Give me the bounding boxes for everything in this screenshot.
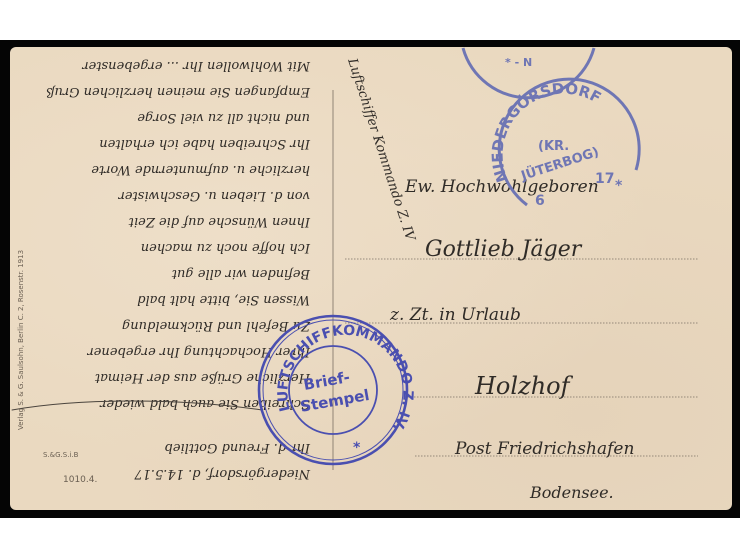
svg-text:Ihr d. Freund Gottlieb: Ihr d. Freund Gottlieb: [164, 440, 311, 455]
svg-text:Mit Wohlwollen Ihr ... ergeben: Mit Wohlwollen Ihr ... ergebenster: [82, 58, 311, 73]
printer-imprint: Verlag S. & G. Saulsohn, Berlin C. 2, Ro…: [17, 250, 25, 430]
vertical-note: Luftschiffer Kommando Z. IV: [344, 56, 418, 244]
svg-text:17: 17: [595, 171, 614, 187]
address-post: Post Friedrichshafen: [454, 439, 634, 459]
postcard-artwork: Verlag S. & G. Saulsohn, Berlin C. 2, Ro…: [0, 0, 740, 557]
svg-text:Zu Befehl und Rückmeldung: Zu Befehl und Rückmeldung: [122, 318, 311, 333]
card-number: 1010.4.: [63, 475, 97, 485]
svg-text:Ihr Schreiben habe ich erhalte: Ihr Schreiben habe ich erhalten: [99, 136, 311, 151]
address-place: Holzhof: [474, 372, 574, 400]
address-block: Ew. Hochwohlgeboren Gottlieb Jäger z. Zt…: [389, 177, 634, 502]
address-region: Bodensee.: [529, 483, 614, 502]
svg-text:von d. Lieben u. Geschwister: von d. Lieben u. Geschwister: [118, 188, 310, 203]
svg-text:* - N: * - N: [505, 56, 532, 69]
svg-text:6: 6: [535, 193, 545, 209]
address-name: Gottlieb Jäger: [425, 237, 583, 262]
svg-text:Ich hoffe noch zu machen: Ich hoffe noch zu machen: [141, 240, 311, 255]
svg-text:Niedergörsdorf, d. 14.5.17: Niedergörsdorf, d. 14.5.17: [134, 466, 311, 481]
svg-text:Empfangen Sie meinen herzliche: Empfangen Sie meinen herzlichen Gruß: [46, 84, 311, 99]
svg-text:*: *: [615, 178, 623, 194]
svg-text:Befinden wir alle gut: Befinden wir alle gut: [171, 266, 311, 281]
svg-text:und nicht all zu viel Sorge: und nicht all zu viel Sorge: [137, 110, 310, 125]
svg-text:(KR.: (KR.: [538, 139, 569, 154]
address-status: z. Zt. in Urlaub: [389, 305, 521, 325]
svg-text:Wissen Sie, bitte halt bald: Wissen Sie, bitte halt bald: [137, 292, 310, 307]
svg-text:herzliche u. aufmunternde Wort: herzliche u. aufmunternde Worte: [91, 162, 310, 177]
svg-text:*: *: [353, 440, 361, 456]
handwritten-message: Niedergörsdorf, d. 14.5.17 Ihr d. Freund…: [46, 58, 311, 481]
svg-text:Ihrer Hochachtung Ihr ergebene: Ihrer Hochachtung Ihr ergebener: [87, 344, 311, 359]
series-code: S.&G.S.i.B: [43, 451, 79, 459]
svg-text:Ihnen Wünsche auf die Zeit: Ihnen Wünsche auf die Zeit: [128, 214, 311, 229]
